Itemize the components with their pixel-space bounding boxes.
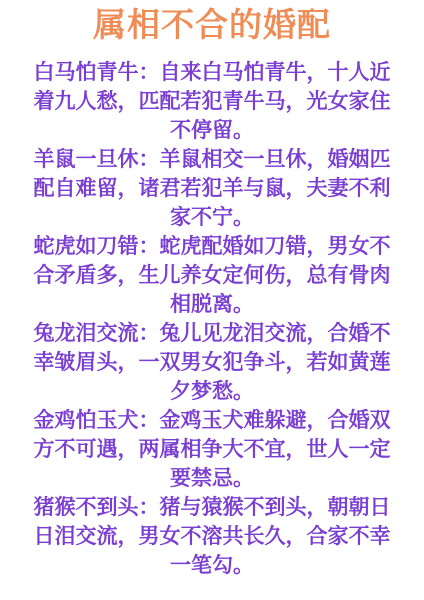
paragraph-line: 着九人愁，匹配若犯青牛马，光女家住 — [0, 87, 424, 116]
content-body: 白马怕青牛：自来白马怕青牛，十人近 着九人愁，匹配若犯青牛马，光女家住 不停留。… — [0, 58, 424, 580]
paragraph-rooster-dog: 金鸡怕玉犬：金鸡玉犬难躲避，合婚双 方不可遇，两属相争大不宜，世人一定 要禁忌。 — [0, 406, 424, 493]
paragraph-snake-tiger: 蛇虎如刀错：蛇虎配婚如刀错，男女不 合矛盾多，生儿养女定何伤，总有骨肉 相脱离。 — [0, 232, 424, 319]
paragraph-rabbit-dragon: 兔龙泪交流：兔儿见龙泪交流，合婚不 幸皱眉头，一双男女犯争斗，若如黄莲 夕梦愁。 — [0, 319, 424, 406]
paragraph-line: 金鸡怕玉犬：金鸡玉犬难躲避，合婚双 — [0, 406, 424, 435]
paragraph-line: 白马怕青牛：自来白马怕青牛，十人近 — [0, 58, 424, 87]
document-page: 属相不合的婚配 白马怕青牛：自来白马怕青牛，十人近 着九人愁，匹配若犯青牛马，光… — [0, 0, 424, 600]
paragraph-line: 不停留。 — [0, 116, 424, 145]
paragraph-line: 配自难留，诸君若犯羊与鼠，夫妻不利 — [0, 174, 424, 203]
paragraph-line: 猪猴不到头：猪与猿猴不到头，朝朝日 — [0, 493, 424, 522]
paragraph-pig-monkey: 猪猴不到头：猪与猿猴不到头，朝朝日 日泪交流，男女不溶共长久，合家不幸 一笔勾。 — [0, 493, 424, 580]
paragraph-line: 夕梦愁。 — [0, 377, 424, 406]
paragraph-line: 方不可遇，两属相争大不宜，世人一定 — [0, 435, 424, 464]
paragraph-line: 羊鼠一旦休：羊鼠相交一旦休，婚姻匹 — [0, 145, 424, 174]
paragraph-line: 兔龙泪交流：兔儿见龙泪交流，合婚不 — [0, 319, 424, 348]
paragraph-line: 日泪交流，男女不溶共长久，合家不幸 — [0, 522, 424, 551]
paragraph-line: 家不宁。 — [0, 203, 424, 232]
paragraph-line: 幸皱眉头，一双男女犯争斗，若如黄莲 — [0, 348, 424, 377]
paragraph-line: 一笔勾。 — [0, 551, 424, 580]
paragraph-line: 相脱离。 — [0, 290, 424, 319]
paragraph-line: 蛇虎如刀错：蛇虎配婚如刀错，男女不 — [0, 232, 424, 261]
paragraph-line: 要禁忌。 — [0, 464, 424, 493]
paragraph-white-horse-green-ox: 白马怕青牛：自来白马怕青牛，十人近 着九人愁，匹配若犯青牛马，光女家住 不停留。 — [0, 58, 424, 145]
paragraph-line: 合矛盾多，生儿养女定何伤，总有骨肉 — [0, 261, 424, 290]
paragraph-goat-rat: 羊鼠一旦休：羊鼠相交一旦休，婚姻匹 配自难留，诸君若犯羊与鼠，夫妻不利 家不宁。 — [0, 145, 424, 232]
page-title: 属相不合的婚配 — [0, 4, 424, 45]
